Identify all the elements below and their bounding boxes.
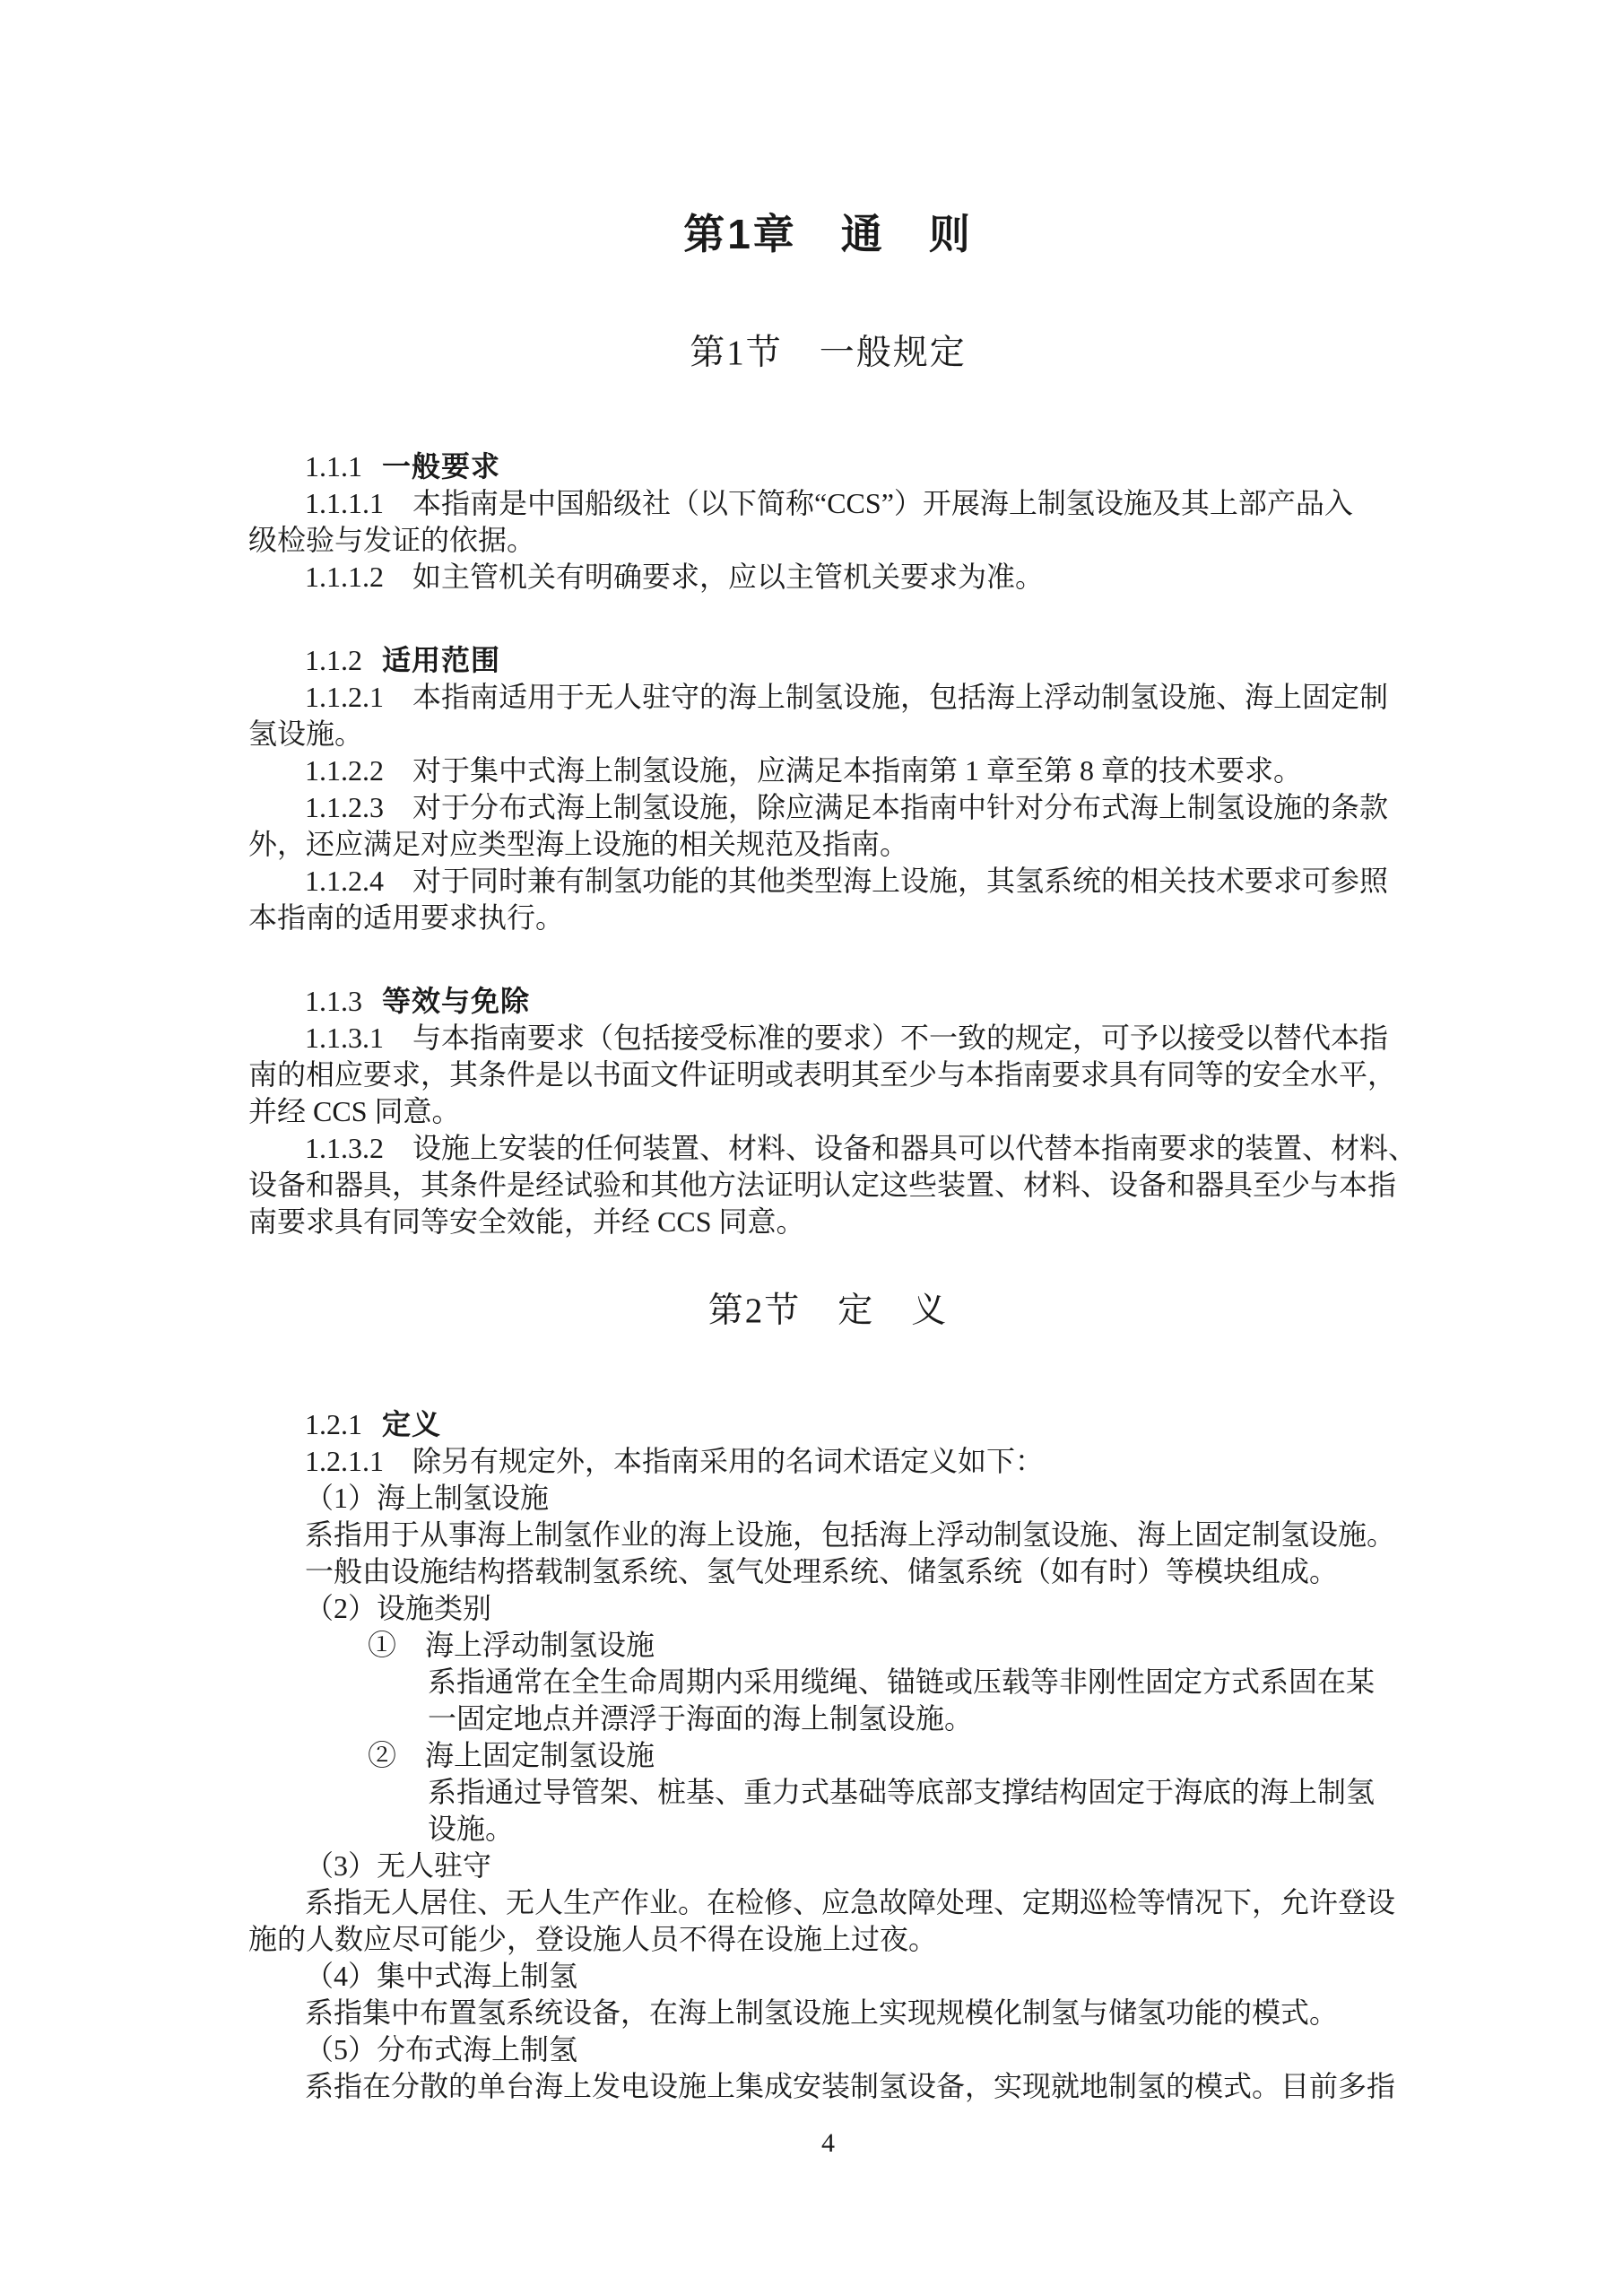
doc-line: 1.1.2.1 本指南适用于无人驻守的海上制氢设施，包括海上浮动制氢设施、海上固…	[248, 679, 1408, 716]
heading-number: 1.1.3	[305, 985, 362, 1017]
doc-line: 本指南的适用要求执行。	[248, 900, 1408, 936]
doc-line: （2）设施类别	[248, 1590, 1408, 1627]
doc-line: 氢设施。	[248, 716, 1408, 752]
doc-line: 系指无人居住、无人生产作业。在检修、应急故障处理、定期巡检等情况下，允许登设	[248, 1884, 1408, 1921]
doc-line: 系指集中布置氢系统设备，在海上制氢设施上实现规模化制氢与储氢功能的模式。	[248, 1995, 1408, 2031]
heading-label: 一般要求	[382, 450, 500, 483]
doc-line: 1.1.1.2 如主管机关有明确要求，应以主管机关要求为准。	[248, 559, 1408, 596]
doc-line: 一般由设施结构搭载制氢系统、氢气处理系统、储氢系统（如有时）等模块组成。	[248, 1553, 1408, 1590]
heading-number: 1.2.1	[305, 1408, 362, 1440]
heading-1-1-3: 1.1.3等效与免除	[248, 983, 1408, 1020]
section-title-1: 第1节 一般规定	[248, 332, 1408, 375]
doc-line: 1.1.2.3 对于分布式海上制氢设施，除应满足本指南中针对分布式海上制氢设施的…	[248, 789, 1408, 826]
doc-line: 一固定地点并漂浮于海面的海上制氢设施。	[248, 1700, 1408, 1737]
doc-line: 并经 CCS 同意。	[248, 1093, 1408, 1130]
doc-line-list-item: ② 海上固定制氢设施	[248, 1737, 1408, 1774]
doc-line: 施的人数应尽可能少，登设施人员不得在设施上过夜。	[248, 1921, 1408, 1958]
doc-line: 系指通过导管架、桩基、重力式基础等底部支撑结构固定于海底的海上制氢	[248, 1774, 1408, 1811]
doc-line: 系指用于从事海上制氢作业的海上设施，包括海上浮动制氢设施、海上固定制氢设施。	[248, 1517, 1408, 1553]
doc-line: 设施。	[248, 1811, 1408, 1848]
document-page: 第1章 通 则 第1节 一般规定 1.1.1一般要求 1.1.1.1 本指南是中…	[0, 0, 1623, 2296]
heading-label: 等效与免除	[382, 985, 530, 1017]
doc-line: （3）无人驻守	[248, 1848, 1408, 1884]
heading-number: 1.1.1	[305, 450, 362, 483]
doc-line: （4）集中式海上制氢	[248, 1958, 1408, 1995]
doc-line: 南要求具有同等安全效能，并经 CCS 同意。	[248, 1204, 1408, 1240]
doc-line: 系指在分散的单台海上发电设施上集成安装制氢设备，实现就地制氢的模式。目前多指	[248, 2068, 1408, 2105]
doc-line: 1.2.1.1 除另有规定外，本指南采用的名词术语定义如下：	[248, 1443, 1408, 1480]
doc-line-list-item: ① 海上浮动制氢设施	[248, 1627, 1408, 1664]
doc-line: 南的相应要求，其条件是以书面文件证明或表明其至少与本指南要求具有同等的安全水平，	[248, 1057, 1408, 1093]
doc-line: 1.1.2.4 对于同时兼有制氢功能的其他类型海上设施，其氢系统的相关技术要求可…	[248, 863, 1408, 900]
doc-line: （1）海上制氢设施	[248, 1480, 1408, 1517]
heading-1-2-1: 1.2.1定义	[248, 1406, 1408, 1443]
doc-line: 1.1.2.2 对于集中式海上制氢设施，应满足本指南第 1 章至第 8 章的技术…	[248, 752, 1408, 789]
page-number: 4	[248, 2127, 1408, 2160]
doc-line: 级检验与发证的依据。	[248, 522, 1408, 559]
heading-number: 1.1.2	[305, 644, 362, 676]
doc-line: 外，还应满足对应类型海上设施的相关规范及指南。	[248, 826, 1408, 863]
doc-line: 1.1.3.1 与本指南要求（包括接受标准的要求）不一致的规定，可予以接受以替代…	[248, 1020, 1408, 1057]
heading-label: 适用范围	[382, 644, 500, 676]
doc-line: 系指通常在全生命周期内采用缆绳、锚链或压载等非刚性固定方式系固在某	[248, 1664, 1408, 1700]
doc-line: 1.1.1.1 本指南是中国船级社（以下简称“CCS”）开展海上制氢设施及其上部…	[248, 485, 1408, 522]
doc-line: （5）分布式海上制氢	[248, 2031, 1408, 2068]
chapter-title: 第1章 通 则	[248, 211, 1408, 258]
doc-line: 设备和器具，其条件是经试验和其他方法证明认定这些装置、材料、设备和器具至少与本指	[248, 1167, 1408, 1204]
doc-line: 1.1.3.2 设施上安装的任何装置、材料、设备和器具可以代替本指南要求的装置、…	[248, 1130, 1408, 1167]
heading-1-1-2: 1.1.2适用范围	[248, 642, 1408, 679]
section-title-2: 第2节 定 义	[248, 1290, 1408, 1333]
heading-label: 定义	[382, 1408, 441, 1440]
heading-1-1-1: 1.1.1一般要求	[248, 448, 1408, 485]
